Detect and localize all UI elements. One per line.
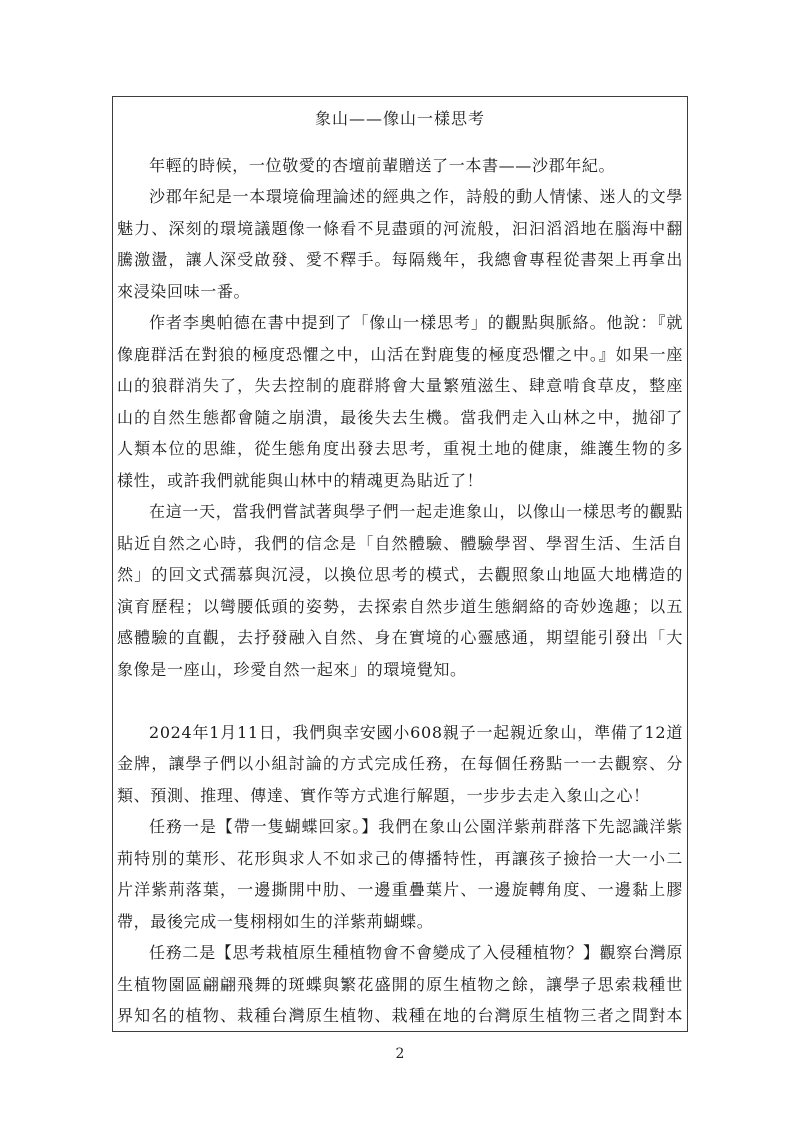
paragraph-task-one: 任務一是【帶一隻蝴蝶回家。】我們在象山公園洋紫荊群落下先認識洋紫荊特別的葉形、花… <box>117 811 683 937</box>
paragraph-event-2024: 2024年1月11日，我們與幸安國小608親子一起親近象山，準備了12道金牌，讓… <box>117 717 683 812</box>
paragraph-intro: 年輕的時候，一位敬愛的杏壇前輩贈送了一本書——沙郡年紀。 <box>117 150 683 182</box>
paragraph-belief: 在這一天，當我們嘗試著與學子們一起走進象山，以像山一樣思考的觀點貼近自然之心時，… <box>117 496 683 685</box>
document-title: 象山——像山一樣思考 <box>117 103 683 135</box>
paragraph-leopold-quote: 作者李奧帕德在書中提到了「像山一樣思考」的觀點與脈絡。他說：『就像鹿群活在對狼的… <box>117 307 683 496</box>
document-page: { "page": { "number": "2" }, "colors": {… <box>0 0 800 1131</box>
paragraph-sand-county-almanac: 沙郡年紀是一本環境倫理論述的經典之作，詩般的動人情愫、迷人的文學魅力、深刻的環境… <box>117 181 683 307</box>
document-border-box: 象山——像山一樣思考 年輕的時候，一位敬愛的杏壇前輩贈送了一本書——沙郡年紀。 … <box>112 96 688 1032</box>
paragraph-task-two: 任務二是【思考栽植原生種植物會不會變成了入侵種植物？】觀察台灣原生植物園區翩翩飛… <box>117 937 683 1032</box>
page-number: 2 <box>0 1046 800 1062</box>
